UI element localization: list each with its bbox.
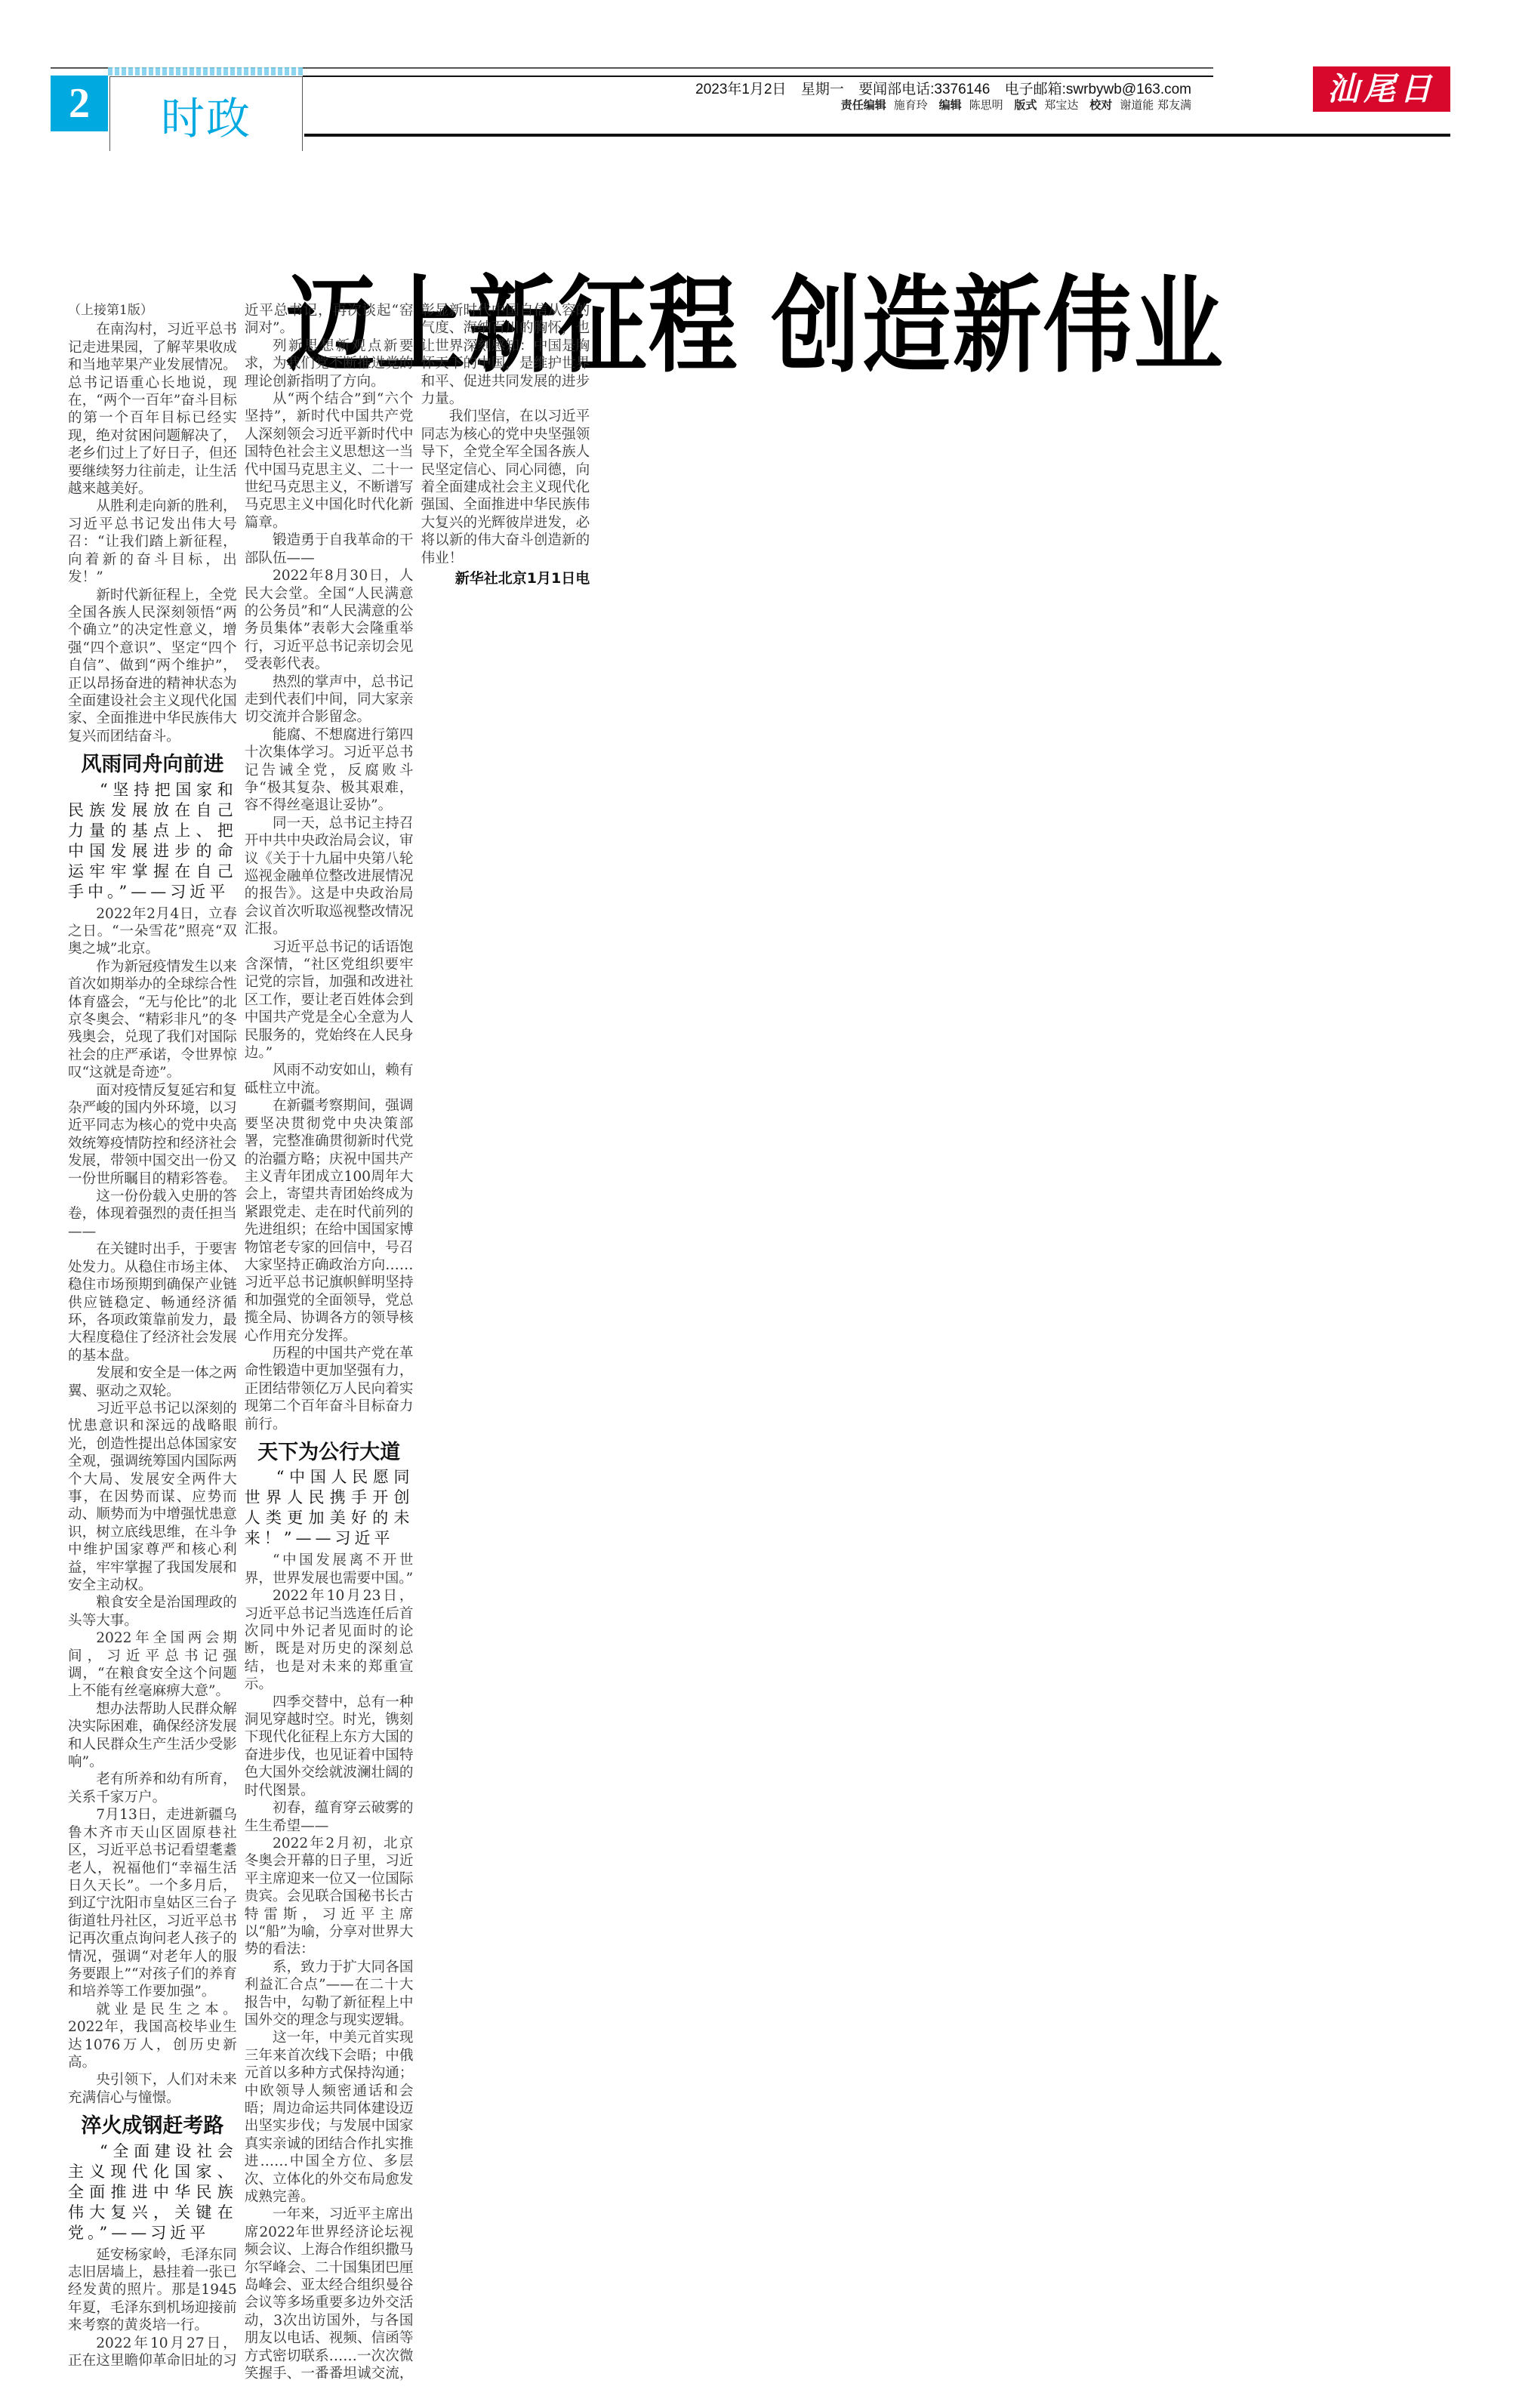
article-paragraph: 从胜利走向新的胜利，习近平总书记发出伟大号召：“让我们踏上新征程，向着新的奋斗目… bbox=[68, 498, 237, 586]
article-paragraph: 我们坚信，在以习近平同志为核心的党中央坚强领导下，全党全军全国各族人民坚定信心、… bbox=[421, 408, 590, 567]
article-paragraph: 新时代新征程上，全党全国各族人民深刻领悟“两个确立”的决定性意义，增强“四个意识… bbox=[68, 587, 237, 746]
staff-name: 谢道能 郑友满 bbox=[1120, 98, 1191, 112]
section-quote: “中国人民愿同世界人民携手开创人类更加美好的未来！”——习近平 bbox=[245, 1467, 414, 1549]
staff-role: 版式 bbox=[1014, 98, 1037, 112]
article-paragraph: 锻造勇于自我革命的干部队伍—— bbox=[245, 532, 414, 567]
staff-name: 施育玲 bbox=[894, 98, 928, 112]
staff-name: 陈思明 bbox=[969, 98, 1003, 112]
masthead-info: 2023年1月2日 星期一 要闻部电话:3376146 电子邮箱:swrbywb… bbox=[685, 78, 1191, 98]
article-paragraph: 7月13日，走进新疆乌鲁木齐市天山区固原巷社区，习近平总书记看望耄耋老人，祝福他… bbox=[68, 1806, 237, 2000]
newspaper-logo: 汕尾日報 bbox=[1313, 66, 1450, 112]
section-quote: “全面建设社会主义现代化国家、全面推进中华民族伟大复兴，关键在党。”——习近平 bbox=[68, 2141, 237, 2243]
page-number-badge: 2 bbox=[51, 76, 108, 131]
article-byline: 新华社北京1月1日电 bbox=[421, 570, 590, 587]
wave-pattern-decoration bbox=[108, 67, 303, 76]
masthead-rule bbox=[303, 76, 1213, 77]
article-paragraph: 央引领下，人们对未来充满信心与憧憬。 bbox=[68, 2071, 237, 2107]
article-paragraph: 面对疫情反复延宕和复杂严峻的国内外环境，以习近平同志为核心的党中央高效统筹疫情防… bbox=[68, 1082, 237, 1188]
section-heading: 天下为公行大道 bbox=[245, 1444, 414, 1461]
article-paragraph: 从“两个结合”到“六个坚持”，新时代中国共产党人深刻领会习近平新时代中国特色社会… bbox=[245, 390, 414, 532]
article-paragraph: 粮食安全是治国理政的头等大事。 bbox=[68, 1594, 237, 1629]
article-paragraph: 2022年10月23日，习近平总书记当选连任后首次同中外记者见面时的论断，既是对… bbox=[245, 1587, 414, 1693]
continued-from-note: （上接第1版） bbox=[68, 302, 237, 319]
section-heading: 淬火成钢赶考路 bbox=[68, 2117, 237, 2135]
article-paragraph: 系，致力于扩大同各国利益汇合点”——在二十大报告中，勾勒了新征程上中国外交的理念… bbox=[245, 1959, 414, 2030]
article-paragraph: “中国发展离不开世界，世界发展也需要中国。” bbox=[245, 1552, 414, 1587]
staff-name: 郑宝达 bbox=[1044, 98, 1078, 112]
article-paragraph: 就业是民生之本。2022年，我国高校毕业生达1076万人，创历史新高。 bbox=[68, 2001, 237, 2072]
news-dept-email[interactable]: 电子邮箱:swrbywb@163.com bbox=[1005, 82, 1191, 97]
article-paragraph: 同一天，总书记主持召开中共中央政治局会议，审议《关于十九届中央第八轮巡视金融单位… bbox=[245, 815, 414, 939]
article-body: （上接第1版） 在南沟村，习近平总书记走进果园，了解苹果收成和当地苹果产业发展情… bbox=[68, 302, 1472, 2394]
article-paragraph: 四季交替中，总有一种洞见穿越时空。时光，镌刻下现代化征程上东方大国的奋进步伐，也… bbox=[245, 1694, 414, 1799]
section-heading: 风雨同舟向前进 bbox=[68, 756, 237, 773]
article-paragraph: 2022年全国两会期间，习近平总书记强调，“在粮食安全这个问题上不能有丝毫麻痹大… bbox=[68, 1629, 237, 1700]
article-paragraph: 能腐、不想腐进行第四十次集体学习。习近平总书记告诫全党，反腐败斗争“极其复杂、极… bbox=[245, 726, 414, 815]
issue-date: 2023年1月2日 bbox=[695, 82, 786, 97]
article-paragraph: 作为新冠疫情发生以来首次如期举办的全球综合性体育盛会，“无与伦比”的北京冬奥会、… bbox=[68, 958, 237, 1082]
article-paragraph: 想办法帮助人民群众解决实际困难，确保经济发展和人民群众生产生活少受影响”。 bbox=[68, 1700, 237, 1771]
article-paragraph: 在南沟村，习近平总书记走进果园，了解苹果收成和当地苹果产业发展情况。总书记语重心… bbox=[68, 321, 237, 498]
article-paragraph: 风雨不动安如山，赖有砥柱立中流。 bbox=[245, 1062, 414, 1097]
section-name-box: 时政 bbox=[109, 76, 303, 151]
article-paragraph: 习近平总书记的话语饱含深情，“社区党组织要牢记党的宗旨，加强和改进社区工作，要让… bbox=[245, 939, 414, 1062]
article-paragraph: 这一年，中美元首实现三年来首次线下会晤；中俄元首以多种方式保持沟通；中欧领导人频… bbox=[245, 2029, 414, 2206]
article-paragraph: 发展和安全是一体之两翼、驱动之双轮。 bbox=[68, 1364, 237, 1400]
masthead-bottom-rule bbox=[304, 134, 1450, 137]
section-name: 时政 bbox=[110, 83, 302, 146]
article-paragraph: 延安杨家岭，毛泽东同志旧居墙上，悬挂着一张已经发黄的照片。那是1945年夏，毛泽… bbox=[68, 2246, 237, 2335]
masthead: 2 时政 2023年1月2日 星期一 要闻部电话:3376146 电子邮箱:sw… bbox=[0, 0, 1516, 151]
article-paragraph: 列新思想新观点新要求，为我们党不断推进党的理论创新指明了方向。 bbox=[245, 338, 414, 390]
staff-credits: 责任编辑施育玲 编辑陈思明 版式郑宝达 校对谢道能 郑友满 bbox=[833, 97, 1191, 113]
staff-role: 责任编辑 bbox=[841, 98, 886, 112]
article-paragraph: 老有所养和幼有所育，关系千家万户。 bbox=[68, 1771, 237, 1806]
article-paragraph: 2022年2月4日，立春之日。“一朵雪花”照亮“双奥之城”北京。 bbox=[68, 905, 237, 958]
staff-role: 校对 bbox=[1089, 98, 1112, 112]
article-paragraph: 在新疆考察期间，强调要坚决贯彻党中央决策部署，完整准确贯彻新时代党的治疆方略；庆… bbox=[245, 1097, 414, 1345]
article-paragraph: 初春，蕴育穿云破雾的生生希望—— bbox=[245, 1799, 414, 1835]
article-paragraph: 历程的中国共产党在革命性锻造中更加坚强有力，正团结带领亿万人民向着实现第二个百年… bbox=[245, 1345, 414, 1433]
article-paragraph: 在关键时出手，于要害处发力。从稳住市场主体、稳住市场预期到确保产业链供应链稳定、… bbox=[68, 1241, 237, 1364]
article-paragraph: 2022年8月30日，人民大会堂。全国“人民满意的公务员”和“人民满意的公务员集… bbox=[245, 567, 414, 673]
news-dept-phone: 要闻部电话:3376146 bbox=[858, 82, 990, 97]
section-quote: “坚持把国家和民族发展放在自己力量的基点上、把中国发展进步的命运牢牢掌握在自己手… bbox=[68, 780, 237, 902]
article-paragraph: 习近平总书记以深刻的忧患意识和深远的战略眼光，创造性提出总体国家安全观，强调统筹… bbox=[68, 1400, 237, 1594]
article-paragraph: 热烈的掌声中，总书记走到代表们中间，同大家亲切交流并合影留念。 bbox=[245, 674, 414, 726]
staff-role: 编辑 bbox=[939, 98, 962, 112]
article-paragraph: 这一份份载入史册的答卷，体现着强烈的责任担当—— bbox=[68, 1188, 237, 1241]
article-paragraph: 2022年2月初，北京冬奥会开幕的日子里，习近平主席迎来一位又一位国际贵宾。会见… bbox=[245, 1835, 414, 1959]
issue-weekday: 星期一 bbox=[801, 82, 844, 97]
